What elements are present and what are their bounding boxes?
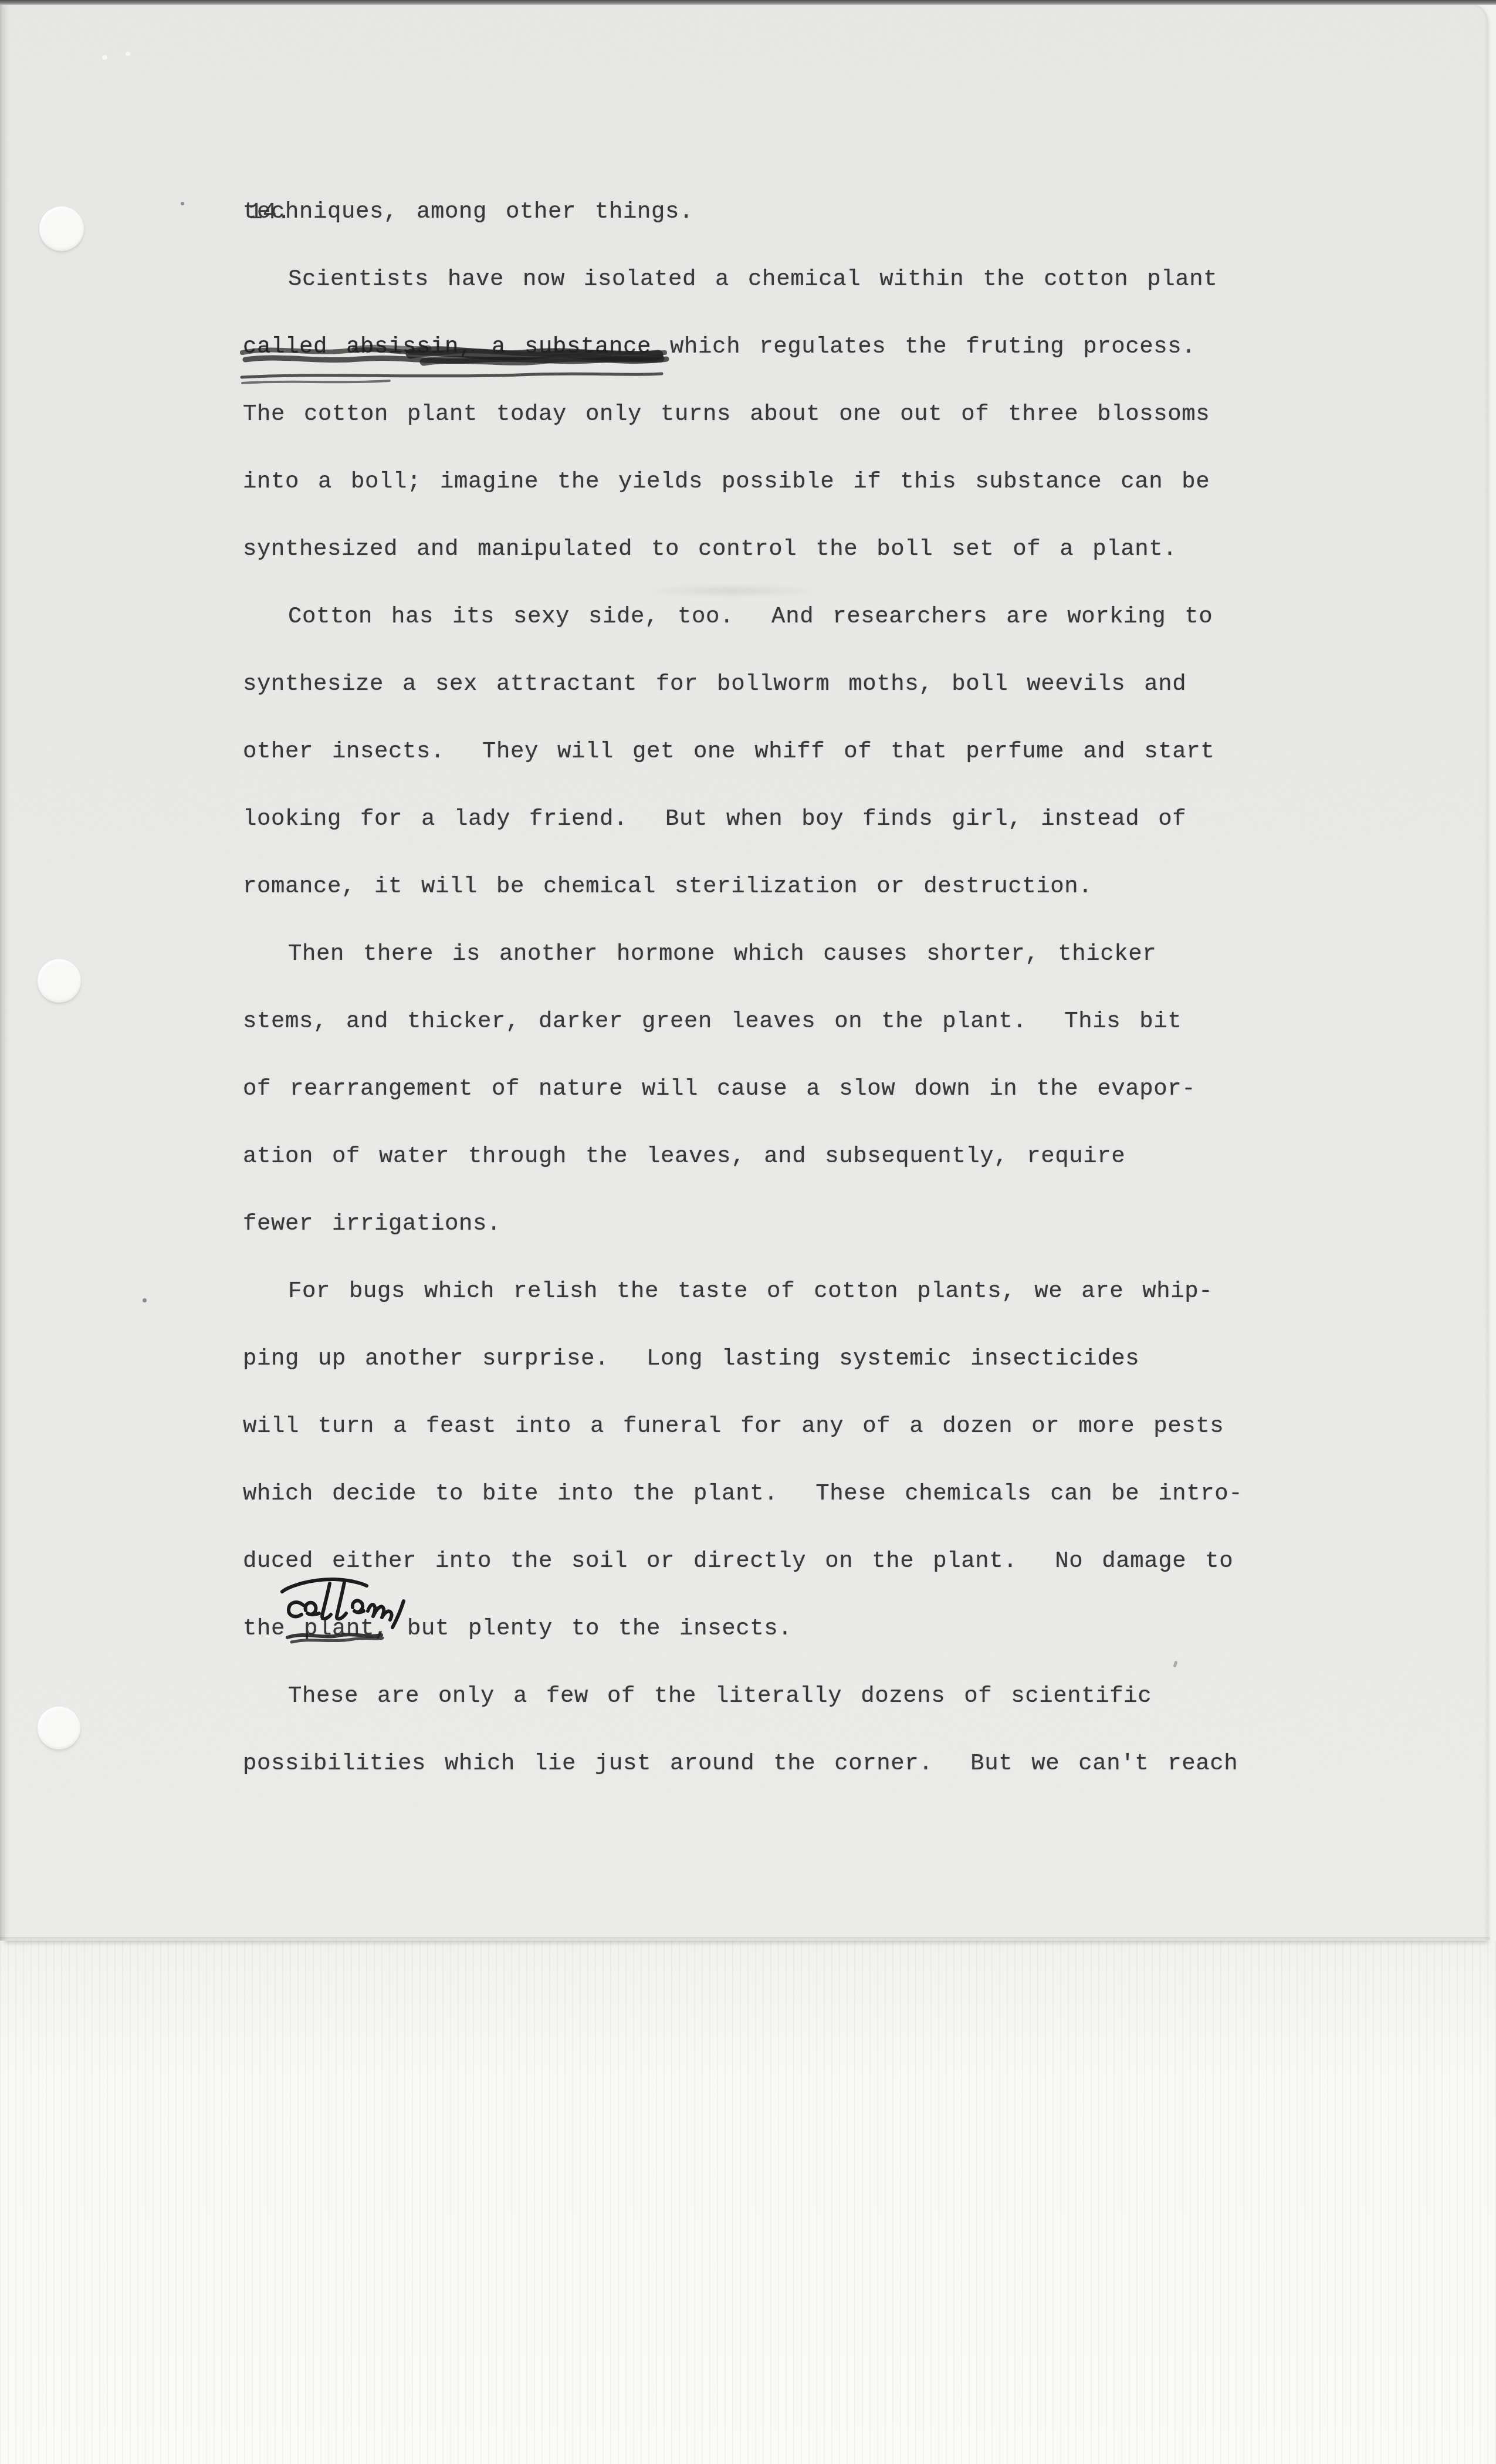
document-line: Scientists have now isolated a chemical …: [288, 268, 1217, 291]
document-line: For bugs which relish the taste of cotto…: [288, 1280, 1213, 1303]
document-line: will turn a feast into a funeral for any…: [243, 1415, 1224, 1438]
scan-left-edge: [0, 0, 9, 1941]
document-line: called absissin, a substance which regul…: [243, 336, 1196, 358]
struck-text: called absissin, a substance: [243, 334, 651, 360]
struck-text: plant: [304, 1616, 374, 1641]
scan-top-edge: [0, 0, 1496, 5]
document-line: duced either into the soil or directly o…: [243, 1550, 1233, 1573]
document-line: Then there is another hormone which caus…: [288, 943, 1156, 966]
document-line: into a boll; imagine the yields possible…: [243, 471, 1210, 493]
document-line: ation of water through the leaves, and s…: [243, 1145, 1125, 1168]
document-line: stems, and thicker, darker green leaves …: [243, 1010, 1182, 1033]
document-line: ping up another surprise. Long lasting s…: [243, 1348, 1139, 1370]
document-line: which decide to bite into the plant. The…: [243, 1483, 1243, 1505]
dust-speck: [181, 202, 184, 205]
document-line: The cotton plant today only turns about …: [243, 403, 1210, 426]
scanned-document: { "page": { "number": "14." }, "colors":…: [0, 0, 1496, 2464]
document-line: romance, it will be chemical sterilizati…: [243, 875, 1092, 898]
paper-sheet: [5, 4, 1488, 1941]
paper-nick: [102, 55, 107, 60]
document-line: possibilities which lie just around the …: [243, 1752, 1238, 1775]
document-line: other insects. They will get one whiff o…: [243, 740, 1214, 763]
paper-nick: [126, 52, 130, 56]
document-line: These are only a few of the literally do…: [288, 1685, 1152, 1708]
document-line: synthesized and manipulated to control t…: [243, 538, 1177, 561]
hole-punch: [38, 959, 81, 1003]
document-line: Cotton has its sexy side, too. And resea…: [288, 605, 1213, 628]
document-line: of rearrangement of nature will cause a …: [243, 1078, 1196, 1101]
document-line: synthesize a sex attractant for bollworm…: [243, 673, 1186, 696]
document-line: the plant, but plenty to the insects.: [243, 1617, 792, 1640]
scanner-backing: [0, 1941, 1496, 2464]
hole-punch: [39, 207, 84, 251]
document-line: fewer irrigations.: [243, 1213, 501, 1236]
document-line: techniques, among other things.: [243, 201, 693, 224]
hole-punch: [38, 1707, 80, 1749]
dust-speck: [143, 1298, 147, 1302]
ghost-ink-smudge: [645, 585, 818, 597]
paper-bottom-edge: [0, 1937, 1490, 1941]
document-line: looking for a lady friend. But when boy …: [243, 808, 1186, 831]
